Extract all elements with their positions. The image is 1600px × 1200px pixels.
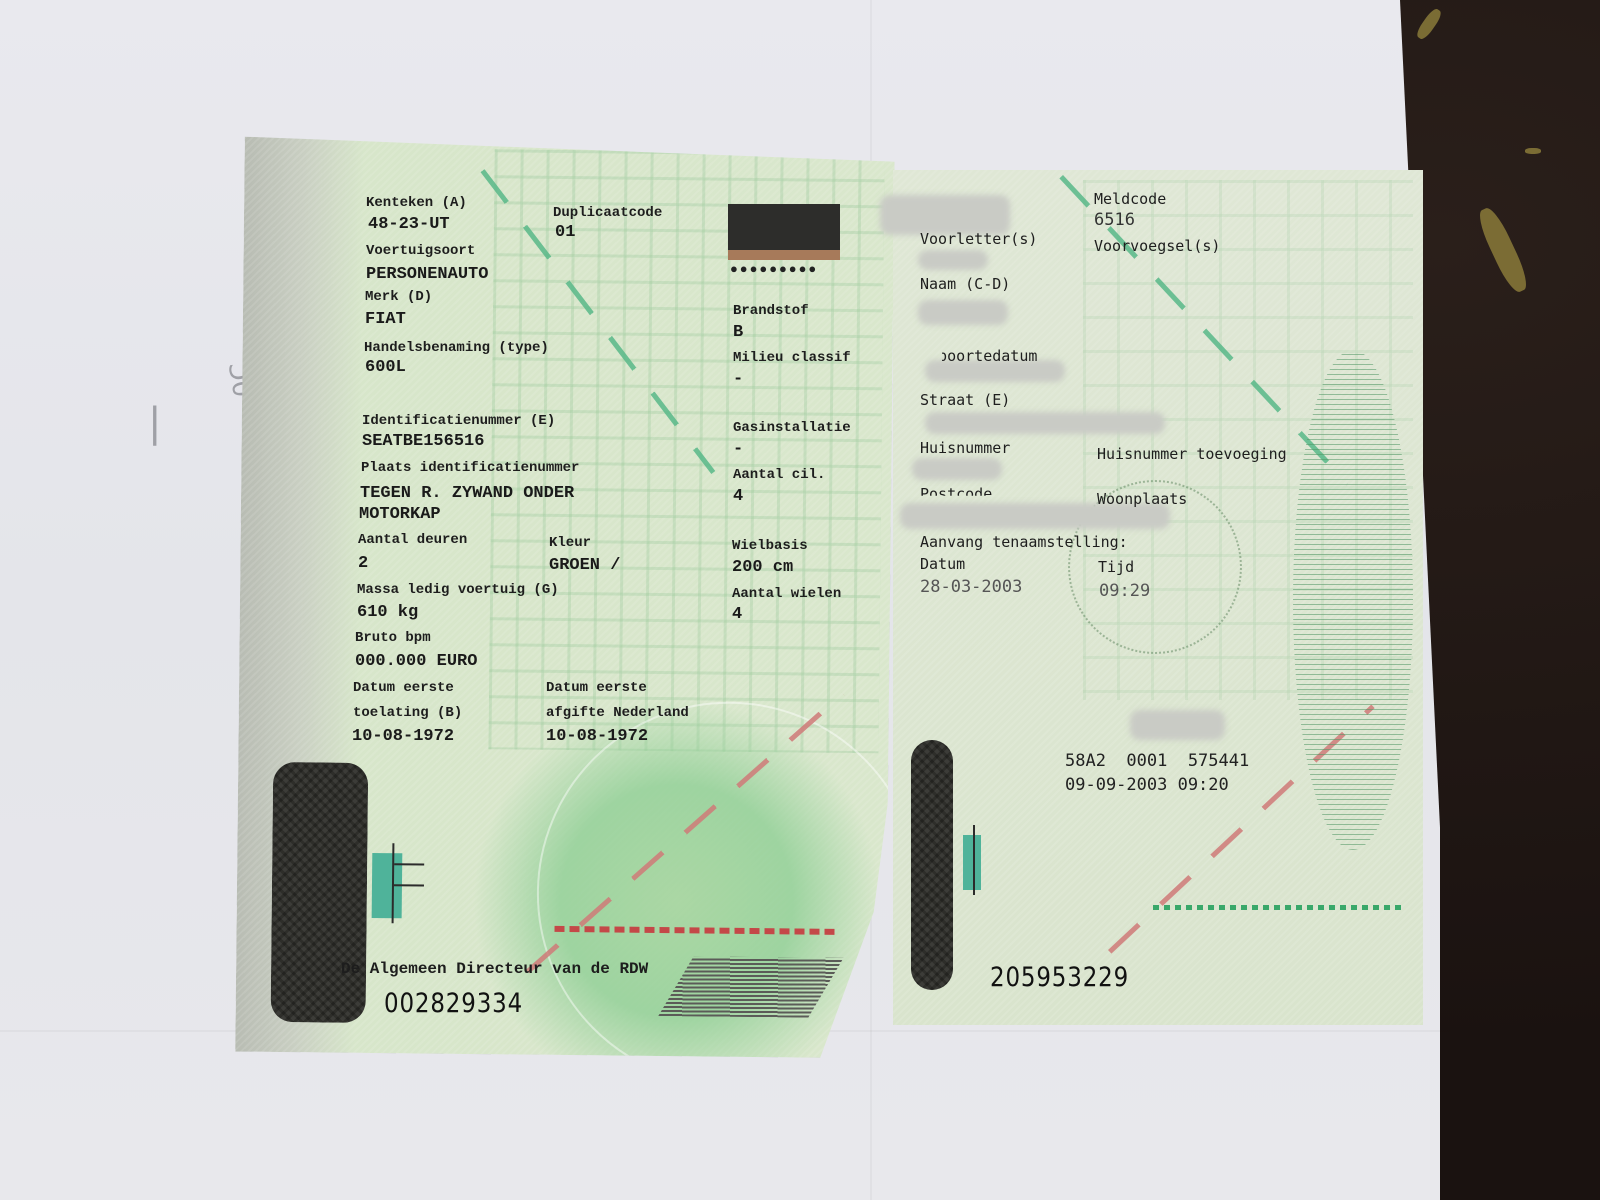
- merk-value: FIAT: [365, 310, 406, 329]
- wielbasis-value: 200 cm: [732, 558, 793, 577]
- print-code: 58A2 0001 575441: [1065, 751, 1249, 771]
- aantal-wielen-value: 4: [732, 605, 742, 624]
- seal-dots: ●●●●●●●●●: [730, 262, 818, 277]
- naam-label: Naam (C-D): [920, 275, 1010, 293]
- gasinstallatie-label: Gasinstallatie: [733, 420, 851, 436]
- rdw-signature: De Algemeen Directeur van de RDW: [341, 960, 648, 978]
- tire-graphic: [271, 762, 369, 1023]
- print-datetime: 09-09-2003 09:20: [1065, 775, 1229, 795]
- merk-label: Merk (D): [365, 289, 432, 305]
- serial-number-left: 002829334: [384, 988, 523, 1019]
- voertuigsoort-value: PERSONENAUTO: [366, 265, 488, 284]
- identificatienummer-value: SEATBE156516: [362, 432, 484, 451]
- redacted-kenteken: [880, 195, 1010, 235]
- redacted-voorletters: [918, 250, 988, 270]
- massa-label: Massa ledig voertuig (G): [357, 582, 559, 598]
- tenaamstelling-heading: Aanvang tenaamstelling:: [920, 533, 1128, 551]
- datum-afgifte-label-1: Datum eerste: [546, 680, 647, 696]
- brandstof-label: Brandstof: [733, 303, 809, 319]
- handelsbenaming-label: Handelsbenaming (type): [364, 340, 549, 356]
- aantal-deuren-label: Aantal deuren: [358, 532, 467, 548]
- meldcode-label: Meldcode: [1094, 190, 1166, 208]
- massa-value: 610 kg: [357, 603, 418, 622]
- woonplaats-label: Woonplaats: [1097, 490, 1187, 508]
- redacted-huisnummer: [912, 458, 1002, 480]
- huisnummer-toevoeging-label: Huisnummer toevoeging: [1097, 445, 1287, 463]
- plaats-id-value-1: TEGEN R. ZYWAND ONDER: [360, 484, 574, 503]
- hologram-seal: [728, 204, 840, 260]
- tenaamstelling-tijd-label: Tijd: [1098, 558, 1134, 576]
- registration-card-part-2: [893, 170, 1423, 1025]
- handelsbenaming-value: 600L: [365, 358, 406, 377]
- kenteken-value: 48-23-UT: [368, 215, 450, 234]
- brandstof-value: B: [733, 323, 743, 342]
- gasinstallatie-value: -: [733, 440, 743, 459]
- straat-label: Straat (E): [920, 391, 1010, 409]
- duplicaatcode-label: Duplicaatcode: [553, 205, 662, 221]
- kleur-value: GROEN /: [549, 556, 620, 575]
- redacted-straat: [925, 412, 1165, 434]
- axle-graphic: [963, 835, 981, 890]
- redacted-naam: [918, 300, 1008, 325]
- kenteken-label: Kenteken (A): [366, 195, 467, 211]
- bruto-bpm-value: 000.000 EURO: [355, 652, 477, 671]
- plaats-id-label: Plaats identificatienummer: [361, 460, 579, 476]
- identificatienummer-label: Identificatienummer (E): [362, 413, 555, 429]
- datum-toelating-label-2: toelating (B): [353, 705, 462, 721]
- kleur-label: Kleur: [549, 535, 591, 551]
- voorletters-label: Voorletter(s): [920, 230, 1037, 248]
- wielbasis-label: Wielbasis: [732, 538, 808, 554]
- redacted-code: [1130, 710, 1225, 740]
- aantal-cil-label: Aantal cil.: [733, 467, 825, 483]
- milieu-value: -: [733, 370, 743, 389]
- voorvoegsel-label: Voorvoegsel(s): [1094, 237, 1220, 255]
- tenaamstelling-tijd-value: 09:29: [1099, 581, 1150, 601]
- huisnummer-label: Huisnummer: [920, 439, 1010, 457]
- duplicaatcode-value: 01: [555, 223, 575, 242]
- aantal-cil-value: 4: [733, 487, 743, 506]
- datum-afgifte-value: 10-08-1972: [546, 727, 648, 746]
- datum-toelating-label-1: Datum eerste: [353, 680, 454, 696]
- debris: [1525, 148, 1541, 154]
- tenaamstelling-datum-value: 28-03-2003: [920, 577, 1022, 597]
- plaats-id-value-2: MOTORKAP: [359, 505, 441, 524]
- voertuigsoort-label: Voertuigsoort: [366, 243, 475, 259]
- aantal-wielen-label: Aantal wielen: [732, 586, 841, 602]
- datum-toelating-value: 10-08-1972: [352, 727, 454, 746]
- meldcode-value: 6516: [1094, 210, 1135, 230]
- tenaamstelling-datum-label: Datum: [920, 555, 965, 573]
- aantal-deuren-value: 2: [358, 554, 368, 573]
- milieu-label: Milieu classif: [733, 350, 851, 366]
- bruto-bpm-label: Bruto bpm: [355, 630, 431, 646]
- tire-graphic: [911, 740, 953, 990]
- serial-number-right: 205953229: [990, 962, 1129, 993]
- datum-afgifte-label-2: afgifte Nederland: [546, 705, 689, 721]
